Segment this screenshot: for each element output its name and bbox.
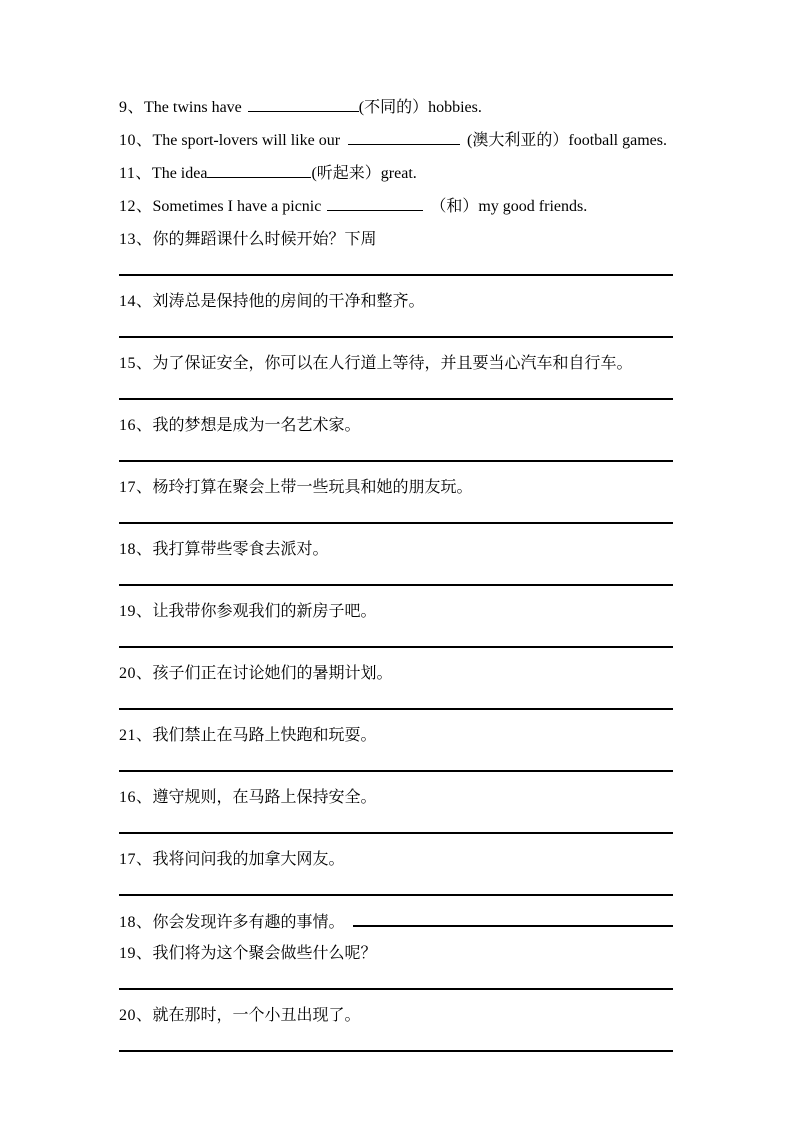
answer-line-inline[interactable] — [353, 912, 673, 927]
answer-line[interactable] — [119, 560, 673, 586]
question-text: 遵守规则，在马路上保持安全。 — [153, 789, 377, 806]
question-text: 我将问问我的加拿大网友。 — [153, 851, 345, 868]
question-hint: (不同的）hobbies. — [359, 99, 482, 116]
answer-line[interactable] — [119, 684, 673, 710]
question-number: 10、 — [119, 132, 153, 149]
translation-question-16: 16、我的梦想是成为一名艺术家。 — [119, 416, 673, 462]
question-hint: (听起来）great. — [311, 165, 416, 182]
translation-question-19b: 19、我们将为这个聚会做些什么呢？ — [119, 944, 673, 990]
question-number: 17、 — [119, 851, 153, 868]
translation-question-15: 15、为了保证安全，你可以在人行道上等待，并且要当心汽车和自行车。 — [119, 354, 673, 400]
translation-question-17b: 17、我将问问我的加拿大网友。 — [119, 850, 673, 896]
translation-question-18b: 18、你会发现许多有趣的事情。 — [119, 912, 673, 933]
answer-line[interactable] — [119, 498, 673, 524]
question-text: 我的梦想是成为一名艺术家。 — [153, 417, 361, 434]
question-number: 16、 — [119, 417, 153, 434]
question-number: 12、 — [119, 198, 153, 215]
answer-line[interactable] — [119, 374, 673, 400]
question-text: 杨玲打算在聚会上带一些玩具和她的朋友玩。 — [153, 479, 473, 496]
fill-blank[interactable] — [327, 197, 423, 211]
translation-question-20b: 20、就在那时，一个小丑出现了。 — [119, 1006, 673, 1052]
question-number: 20、 — [119, 1007, 153, 1024]
question-text: 我打算带些零食去派对。 — [153, 541, 329, 558]
question-text: 刘涛总是保持他的房间的干净和整齐。 — [153, 293, 425, 310]
translation-question-17: 17、杨玲打算在聚会上带一些玩具和她的朋友玩。 — [119, 478, 673, 524]
question-text: The twins have — [144, 99, 242, 116]
answer-line[interactable] — [119, 1026, 673, 1052]
fill-question-12: 12、Sometimes I have a picnic（和）my good f… — [119, 197, 673, 215]
fill-blank[interactable] — [207, 164, 311, 178]
question-text: 就在那时，一个小丑出现了。 — [153, 1007, 361, 1024]
translation-question-16b: 16、遵守规则，在马路上保持安全。 — [119, 788, 673, 834]
answer-line[interactable] — [119, 622, 673, 648]
question-hint: （和）my good friends. — [430, 198, 587, 215]
question-text: 我们将为这个聚会做些什么呢？ — [153, 945, 377, 962]
question-text: 你的舞蹈课什么时候开始？下周 — [153, 231, 377, 248]
fill-blank[interactable] — [348, 131, 460, 145]
question-text: 孩子们正在讨论她们的暑期计划。 — [153, 665, 393, 682]
answer-line[interactable] — [119, 964, 673, 990]
question-number: 16、 — [119, 789, 153, 806]
question-text: Sometimes I have a picnic — [153, 198, 322, 215]
question-text: 让我带你参观我们的新房子吧。 — [153, 603, 377, 620]
worksheet-page: 9、The twins have(不同的）hobbies. 10、The spo… — [0, 0, 793, 1122]
question-text: 我们禁止在马路上快跑和玩耍。 — [153, 727, 377, 744]
question-number: 19、 — [119, 945, 153, 962]
question-number: 21、 — [119, 727, 153, 744]
translation-question-21: 21、我们禁止在马路上快跑和玩耍。 — [119, 726, 673, 772]
answer-line[interactable] — [119, 436, 673, 462]
question-number: 18、 — [119, 914, 153, 931]
fill-question-9: 9、The twins have(不同的）hobbies. — [119, 98, 673, 116]
question-number: 15、 — [119, 355, 153, 372]
translation-question-14: 14、刘涛总是保持他的房间的干净和整齐。 — [119, 292, 673, 338]
question-text: The idea — [152, 165, 208, 182]
question-number: 9、 — [119, 99, 144, 116]
translation-question-19: 19、让我带你参观我们的新房子吧。 — [119, 602, 673, 648]
question-number: 20、 — [119, 665, 153, 682]
answer-line[interactable] — [119, 808, 673, 834]
question-number: 19、 — [119, 603, 153, 620]
question-hint: (澳大利亚的）football games. — [467, 132, 667, 149]
question-text: 你会发现许多有趣的事情。 — [153, 914, 345, 931]
answer-line[interactable] — [119, 870, 673, 896]
question-number: 11、 — [119, 165, 152, 182]
question-number: 17、 — [119, 479, 153, 496]
fill-question-10: 10、The sport-lovers will like our(澳大利亚的）… — [119, 131, 673, 149]
question-text: 为了保证安全，你可以在人行道上等待，并且要当心汽车和自行车。 — [153, 355, 633, 372]
worksheet-content: 9、The twins have(不同的）hobbies. 10、The spo… — [119, 98, 673, 1068]
question-number: 18、 — [119, 541, 153, 558]
translation-question-20: 20、孩子们正在讨论她们的暑期计划。 — [119, 664, 673, 710]
answer-line[interactable] — [119, 746, 673, 772]
answer-line[interactable] — [119, 312, 673, 338]
fill-blank[interactable] — [248, 98, 359, 112]
translation-question-18: 18、我打算带些零食去派对。 — [119, 540, 673, 586]
answer-line[interactable] — [119, 250, 673, 276]
fill-question-11: 11、The idea(听起来）great. — [119, 164, 673, 182]
question-number: 14、 — [119, 293, 153, 310]
translation-question-13: 13、你的舞蹈课什么时候开始？下周 — [119, 230, 673, 276]
question-number: 13、 — [119, 231, 153, 248]
question-text: The sport-lovers will like our — [153, 132, 341, 149]
